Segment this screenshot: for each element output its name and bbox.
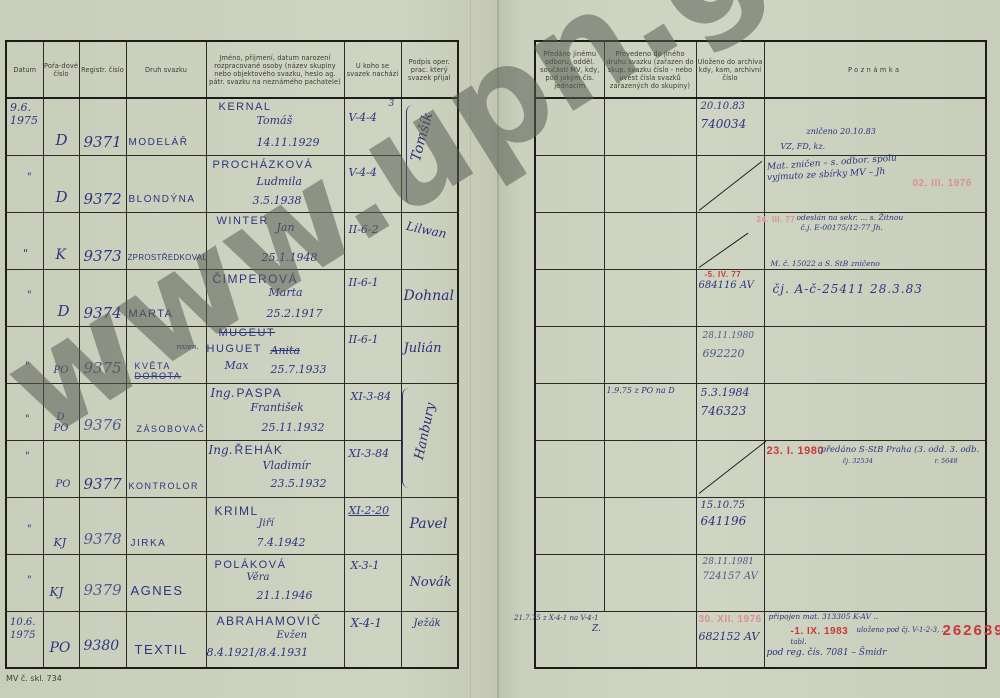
date-stamp: 24. III. 77 <box>757 215 796 224</box>
cell-signature: Pavel <box>401 497 458 554</box>
cell-reg: 9374 <box>79 269 126 326</box>
cell-note: VZ, FD, kz. Mat. zničen – s. odbor. spol… <box>764 155 986 212</box>
cell-date: " <box>6 497 43 554</box>
cell-seq: D <box>43 155 79 212</box>
cell-location: X-3-1 <box>344 554 401 611</box>
cell-signature: Julián <box>401 326 458 383</box>
cell-type: MODELÁŘ <box>126 98 206 155</box>
cell-transferred <box>535 326 604 383</box>
cell-reg: 9373 <box>79 212 126 269</box>
cell-reg: 9380 <box>79 611 126 668</box>
cell-type: KVĚTA DOROTA <box>126 326 206 383</box>
cell-location: II-6-1 <box>344 269 401 326</box>
cell-converted <box>604 269 696 326</box>
header-converted: Převedeno do jiného druhu svazku (zařaze… <box>604 41 696 98</box>
cell-transferred <box>535 383 604 440</box>
cell-seq: KJ <box>43 497 79 554</box>
cell-type: ZPROSTŘEDKOVAL <box>126 212 206 269</box>
date-stamp: -1. IX. 1983 <box>791 626 849 637</box>
cell-date: 10.6. 1975 <box>6 611 43 668</box>
cell-seq: PO <box>43 440 79 497</box>
cell-location: V-4-4 <box>344 155 401 212</box>
table-row: 28.11.1980 692220 <box>535 326 986 383</box>
cell-transferred <box>535 155 604 212</box>
table-row: 1.9.75 z PO na D 5.3.1984 746323 <box>535 383 986 440</box>
cell-note: 24. III. 77 odeslán na sekr. ... s. Žitn… <box>764 212 986 269</box>
brace-mark <box>402 388 409 488</box>
page-fold-shadow <box>470 0 471 698</box>
cell-person: ABRAHAMOVIČ Evžen 8.4.1921/8.4.1931 <box>206 611 344 668</box>
cell-note: připojen mat. 313305 K-AV .. -1. IX. 198… <box>764 611 986 668</box>
header-transferred: Předáno jinému odboru, odděl. součásti M… <box>535 41 604 98</box>
header-signature: Podpis oper. prac. který svazek přijal <box>401 41 458 98</box>
cell-reg: 9377 <box>79 440 126 497</box>
cell-seq: D <box>43 98 79 155</box>
page-fold <box>497 0 499 698</box>
cell-person: Ing. PASPA František 25.11.1932 <box>206 383 344 440</box>
form-code: MV č. skl. 734 <box>6 674 62 683</box>
left-header-row: Datum Pořa-dové číslo Registr. číslo Dru… <box>6 41 458 98</box>
cell-signature: Ježák <box>401 611 458 668</box>
left-ledger-table: Datum Pořa-dové číslo Registr. číslo Dru… <box>5 40 459 669</box>
right-ledger-table: Předáno jinému odboru, odděl. součásti M… <box>534 40 987 669</box>
table-row: 24. III. 77 odeslán na sekr. ... s. Žitn… <box>535 212 986 269</box>
cell-type: TEXTIL <box>126 611 206 668</box>
header-person: Jméno, příjmení, datum narození rozpraco… <box>206 41 344 98</box>
right-header-row: Předáno jinému odboru, odděl. součásti M… <box>535 41 986 98</box>
cell-converted <box>604 440 696 497</box>
cell-note: 23. I. 1980 předáno S-StB Praha (3. odd.… <box>764 440 986 497</box>
header-file-type: Druh svazku <box>126 41 206 98</box>
cell-location: X-4-1 <box>344 611 401 668</box>
table-row: " D 9374 MARTA ČIMPEROVÁ Marta 25.2.1917… <box>6 269 458 326</box>
cell-reg: 9375 <box>79 326 126 383</box>
cell-seq: PO <box>43 326 79 383</box>
cell-converted <box>604 155 696 212</box>
cell-archived: 28.11.1981 724157 AV <box>696 554 764 611</box>
cell-date: 9.6. 1975 <box>6 98 43 155</box>
cell-location: XI-3-84 <box>344 383 401 440</box>
header-date: Datum <box>6 41 43 98</box>
cell-location: V-4-4 3 <box>344 98 401 155</box>
cell-signature: Tomšík <box>401 98 458 212</box>
date-stamp: 30. XII. 1976 <box>699 614 762 625</box>
header-reg-no: Registr. číslo <box>79 41 126 98</box>
cell-date: " <box>6 155 43 212</box>
table-row: " KJ 9378 JIRKA KRIML Jiří 7.4.1942 XI-2… <box>6 497 458 554</box>
cell-person: KERNAL Tomáš 14.11.1929 <box>206 98 344 155</box>
table-row: 28.11.1981 724157 AV <box>535 554 986 611</box>
cell-type: KONTROLOR <box>126 440 206 497</box>
table-row: " KJ 9379 AGNES POLÁKOVÁ Věra 21.1.1946 … <box>6 554 458 611</box>
table-row: -5. IV. 77 684116 AV čj. A-č-25411 28.3.… <box>535 269 986 326</box>
empty-cell-slash <box>698 160 762 210</box>
cell-person: ČIMPEROVÁ Marta 25.2.1917 <box>206 269 344 326</box>
cell-location: II-6-2 <box>344 212 401 269</box>
cell-converted <box>604 497 696 554</box>
cell-person: Ing. ŘEHÁK Vladimír 23.5.1932 <box>206 440 344 497</box>
cell-type: MARTA <box>126 269 206 326</box>
empty-cell-slash <box>698 440 766 493</box>
cell-converted <box>604 212 696 269</box>
cell-archived: 15.10.75 641196 <box>696 497 764 554</box>
cell-transferred: 21.7.75 z X-4-1 na V-4-1 Z. <box>535 611 696 668</box>
cell-reg: 9371 <box>79 98 126 155</box>
cell-converted <box>604 98 696 155</box>
cell-signature: Hanbury <box>401 383 458 497</box>
cell-signature: Dohnal <box>401 269 458 326</box>
cell-transferred <box>535 497 604 554</box>
cell-note <box>764 326 986 383</box>
cell-person: WINTER Jan 25.1.1948 <box>206 212 344 269</box>
table-row: " D 9372 BLONDÝNA PROCHÁZKOVÁ Ludmila 3.… <box>6 155 458 212</box>
cell-person: MUGEUT rozen. HUGUET Anita Max 25.7.1933 <box>206 326 344 383</box>
table-row: 21.7.75 z X-4-1 na V-4-1 Z. 30. XII. 197… <box>535 611 986 668</box>
cell-converted <box>604 326 696 383</box>
cell-date: " <box>6 269 43 326</box>
header-note: Poznámka <box>764 41 986 98</box>
cell-signature: Novák <box>401 554 458 611</box>
cell-date: " <box>6 212 43 269</box>
cell-transferred <box>535 212 604 269</box>
table-row: " PO 9377 KONTROLOR Ing. ŘEHÁK Vladimír … <box>6 440 458 497</box>
cell-date: " <box>6 440 43 497</box>
cell-transferred <box>535 269 604 326</box>
cell-transferred <box>535 98 604 155</box>
table-row: 20.10.83 740034 zničeno 20.10.83 <box>535 98 986 155</box>
cell-reg: 9376 <box>79 383 126 440</box>
cell-seq: PO <box>43 611 79 668</box>
cell-archived: -5. IV. 77 684116 AV <box>696 269 764 326</box>
table-row: 9.6. 1975 D 9371 MODELÁŘ KERNAL Tomáš 14… <box>6 98 458 155</box>
cell-date: " <box>6 326 43 383</box>
table-row: VZ, FD, kz. Mat. zničen – s. odbor. spol… <box>535 155 986 212</box>
cell-seq: KJ <box>43 554 79 611</box>
table-row: " D PO 9376 ZÁSOBOVAČ Ing. PASPA Františ… <box>6 383 458 440</box>
cell-seq: D <box>43 269 79 326</box>
table-row: " PO 9375 KVĚTA DOROTA MUGEUT rozen. HUG… <box>6 326 458 383</box>
cell-archived: 28.11.1980 692220 <box>696 326 764 383</box>
cell-note <box>764 383 986 440</box>
cell-type: JIRKA <box>126 497 206 554</box>
cell-transferred <box>535 554 604 611</box>
empty-cell-slash <box>698 232 748 267</box>
cell-reg: 9372 <box>79 155 126 212</box>
cell-note: čj. A-č-25411 28.3.83 <box>764 269 986 326</box>
table-row: 23. I. 1980 předáno S-StB Praha (3. odd.… <box>535 440 986 497</box>
cell-converted: 1.9.75 z PO na D <box>604 383 696 440</box>
header-archived: Uloženo do archiva kdy, kam, archivní čí… <box>696 41 764 98</box>
cell-location: XI-3-84 <box>344 440 401 497</box>
cell-note <box>764 554 986 611</box>
cell-archived: 30. XII. 1976 682152 AV <box>696 611 764 668</box>
cell-archived: 20.10.83 740034 <box>696 98 764 155</box>
cell-type: BLONDÝNA <box>126 155 206 212</box>
cell-date: " <box>6 383 43 440</box>
cell-person: KRIML Jiří 7.4.1942 <box>206 497 344 554</box>
cell-seq: K <box>43 212 79 269</box>
number-stamp: 262639 <box>943 622 1000 639</box>
header-location: U koho se svazek nachází <box>344 41 401 98</box>
cell-reg: 9379 <box>79 554 126 611</box>
cell-type: AGNES <box>126 554 206 611</box>
cell-person: PROCHÁZKOVÁ Ludmila 3.5.1938 <box>206 155 344 212</box>
table-row: " K 9373 ZPROSTŘEDKOVAL WINTER Jan 25.1.… <box>6 212 458 269</box>
date-stamp: 02. III. 1976 <box>913 178 972 189</box>
cell-location: II-6-1 <box>344 326 401 383</box>
date-stamp: 23. I. 1980 <box>767 445 825 457</box>
cell-converted <box>604 554 696 611</box>
cell-reg: 9378 <box>79 497 126 554</box>
cell-note <box>764 497 986 554</box>
cell-seq: D PO <box>43 383 79 440</box>
cell-location: XI-2-20 <box>344 497 401 554</box>
cell-date: " <box>6 554 43 611</box>
cell-archived <box>696 212 764 269</box>
header-seq-no: Pořa-dové číslo <box>43 41 79 98</box>
table-row: 15.10.75 641196 <box>535 497 986 554</box>
cell-signature: Lilwan <box>401 212 458 269</box>
cell-type: ZÁSOBOVAČ <box>126 383 206 440</box>
cell-person: POLÁKOVÁ Věra 21.1.1946 <box>206 554 344 611</box>
cell-archived: 5.3.1984 746323 <box>696 383 764 440</box>
date-stamp: -5. IV. 77 <box>705 270 742 279</box>
cell-transferred <box>535 440 604 497</box>
table-row: 10.6. 1975 PO 9380 TEXTIL ABRAHAMOVIČ Ev… <box>6 611 458 668</box>
cell-archived <box>696 440 764 497</box>
cell-archived <box>696 155 764 212</box>
